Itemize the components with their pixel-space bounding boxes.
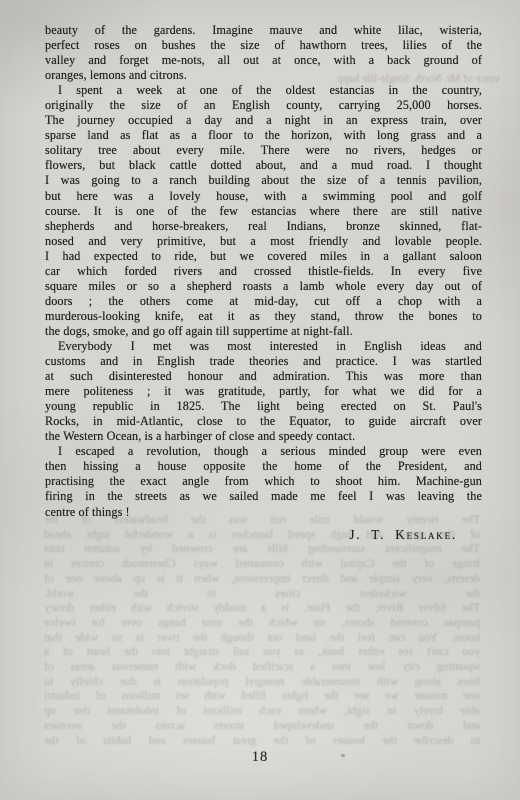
bleedthrough-line: The magnificent surrounding hills are cr… [44, 541, 480, 556]
text-line: perfect roses on bushes the size of hawt… [45, 38, 482, 53]
text-line: The journey occupied a day and a night i… [45, 113, 482, 128]
bleedthrough-line: squatting city low into a scarified dock… [44, 659, 480, 674]
text-line: Everybody I met was most interested in E… [45, 339, 482, 354]
text-line: valley and forget me-nots, all out at on… [45, 53, 482, 68]
paragraph: beauty of the gardens. Imagine mauve and… [45, 23, 482, 83]
bleedthrough-line: to describe the houses of the great hous… [44, 733, 480, 748]
bleedthrough-line: able lovely in sight, where each million… [44, 703, 480, 718]
bleedthrough-line: one minute we see the lights filled with… [44, 688, 480, 703]
text-line: then hissing a house opposite the home o… [45, 459, 482, 474]
bleedthrough-line: fringe of the Capital with contrasted wa… [44, 556, 480, 571]
page-number: 18 [0, 749, 520, 766]
bleedthrough-line: pampas covered shores, on which the mist… [44, 615, 480, 630]
bleedthrough-line: and down the undeveloped streets across … [44, 718, 480, 733]
text-line: nosed and very primitive, but a most fri… [45, 234, 482, 249]
text-line: doors ; the others come at mid-day, cut … [45, 294, 482, 309]
bleedthrough-text: The twenty would mile run was the headwa… [44, 512, 480, 747]
paragraph: Everybody I met was most interested in E… [45, 339, 482, 444]
text-line: the Western Ocean, is a harbinger of clo… [45, 429, 482, 444]
text-line: I escaped a revolution, though a serious… [45, 444, 482, 459]
bleedthrough-line: The twenty would mile run was the headwa… [44, 512, 480, 527]
text-line: Rocks, in mid-Atlantic, close to the Equ… [45, 414, 482, 429]
paragraph: I spent a week at one of the oldest esta… [45, 83, 482, 339]
text-line: mere politeness ; it was gratitude, part… [45, 384, 482, 399]
paragraph: I escaped a revolution, though a serious… [45, 444, 482, 519]
text-line: the dogs, smoke, and go off again till s… [45, 324, 482, 339]
text-line: I had expected to ride, but we covered m… [45, 249, 482, 264]
book-page: voice of Mr. North. Single-file happ bea… [0, 0, 520, 800]
text-line: sparse land as flat as a floor to the ho… [45, 128, 482, 143]
text-line: originally the size of an English county… [45, 98, 482, 113]
bleedthrough-line: hours. You can feel the land out though … [44, 630, 480, 645]
text-line: but here was a lovely house, with a swim… [45, 189, 482, 204]
text-line: flowers, but black cattle dotted about, … [45, 158, 482, 173]
bleedthrough-line: of the speed and high speed launches is … [44, 527, 480, 542]
text-line: young republic in 1825. The light being … [45, 399, 482, 414]
text-line: oranges, lemons and citrons. [45, 68, 482, 83]
text-line: square miles or so a shepherd roasts a l… [45, 279, 482, 294]
bleedthrough-line: The Silver River, the Plate, is a muddy … [44, 600, 480, 615]
text-block: beauty of the gardens. Imagine mauve and… [45, 23, 482, 520]
bleedthrough-line: you can't see either bank, as you sail s… [44, 644, 480, 659]
text-line: at such disinterested honour and admirat… [45, 369, 482, 384]
text-line: I was going to a ranch building about th… [45, 173, 482, 188]
text-line: beauty of the gardens. Imagine mauve and… [45, 23, 482, 38]
bleedthrough-line: the wickedest cities in the world. [44, 586, 480, 601]
text-line: practising the exact angle from which to… [45, 474, 482, 489]
text-line: customs and in English trade theories an… [45, 354, 482, 369]
bleedthrough-line: lines along with innumerable mongrel pop… [44, 674, 480, 689]
text-line: murderous-looking knife, eat it as they … [45, 309, 482, 324]
text-line: course. It is one of the few estancias w… [45, 204, 482, 219]
text-line: car which forded rivers and crossed this… [45, 264, 482, 279]
bleedthrough-line: deserts, very simple and direct impressi… [44, 571, 480, 586]
text-line: shepherds and horse-breakers, real India… [45, 219, 482, 234]
text-line: solitary tree about every mile. There we… [45, 143, 482, 158]
text-line: firing in the streets as we sailed made … [45, 489, 482, 504]
text-line: I spent a week at one of the oldest esta… [45, 83, 482, 98]
